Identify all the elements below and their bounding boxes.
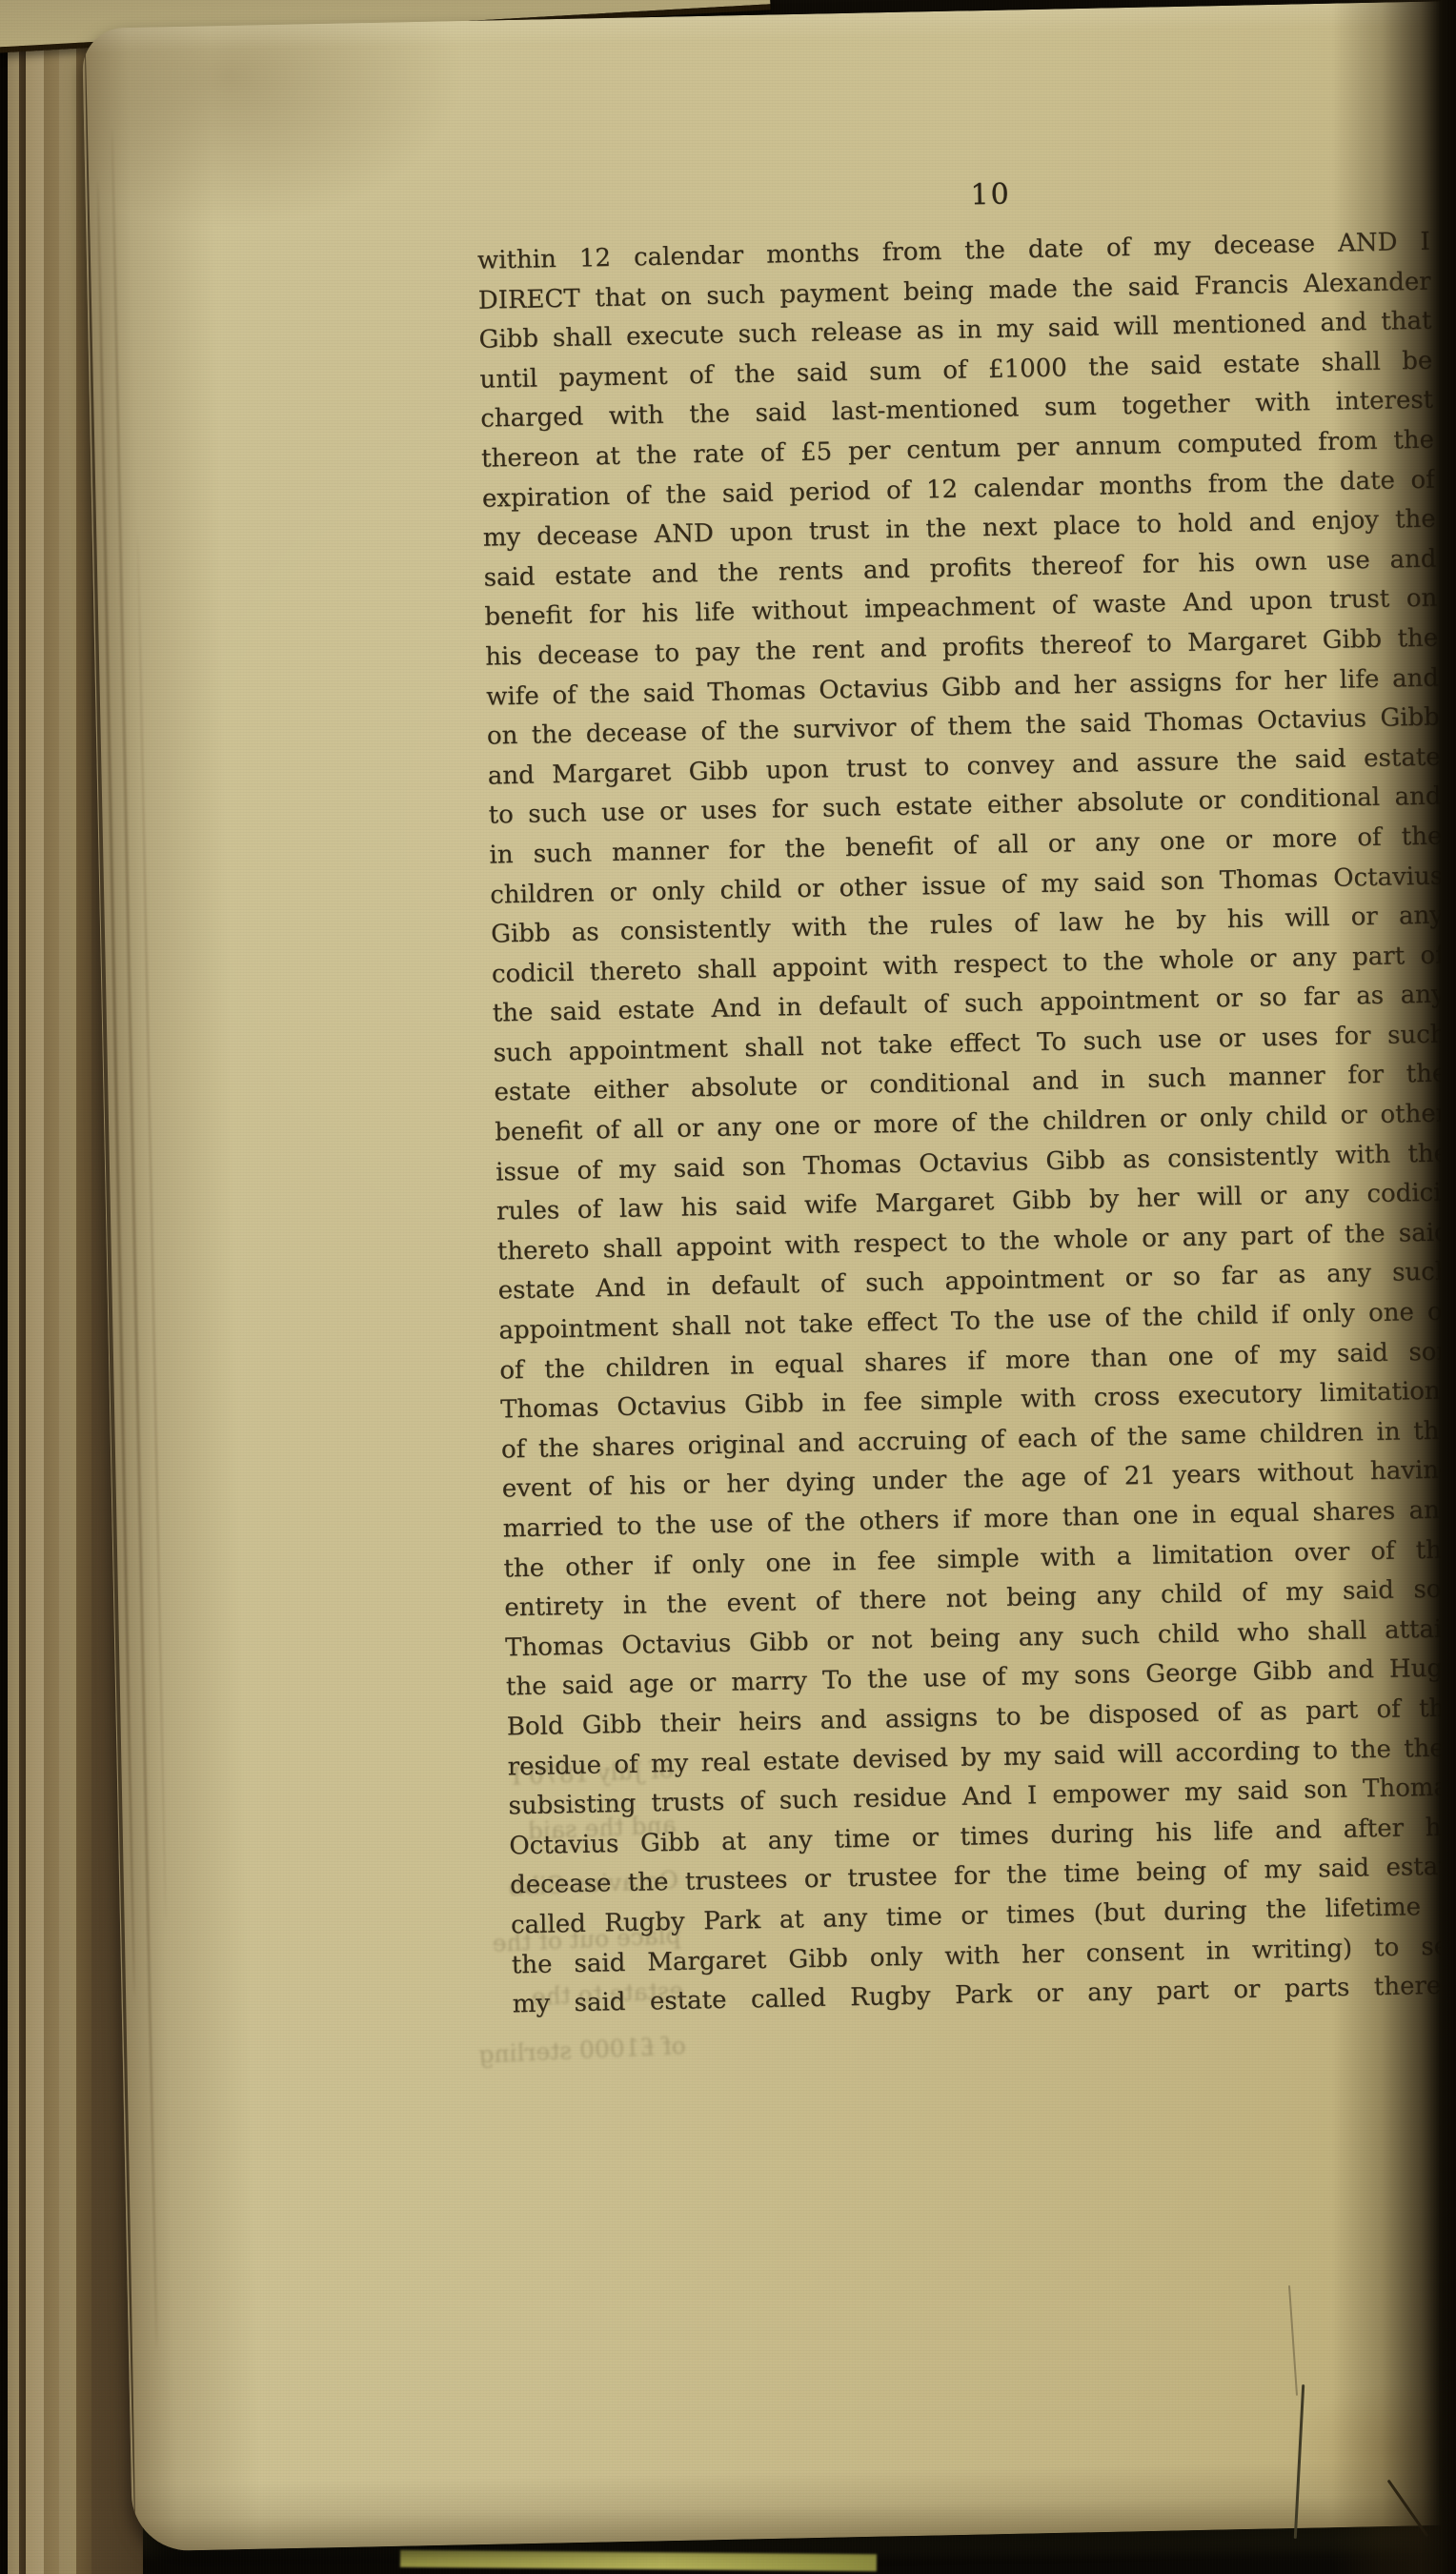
document-page: 10 of July 1870 Iand the saidOctavius Gi… — [82, 0, 1456, 2551]
scan-background: 10 of July 1870 Iand the saidOctavius Gi… — [0, 0, 1456, 2574]
page-text: within 12 calendar months from the date … — [477, 228, 1456, 2030]
page-number: 10 — [947, 177, 1034, 213]
page-fold-shadow — [137, 533, 167, 1920]
